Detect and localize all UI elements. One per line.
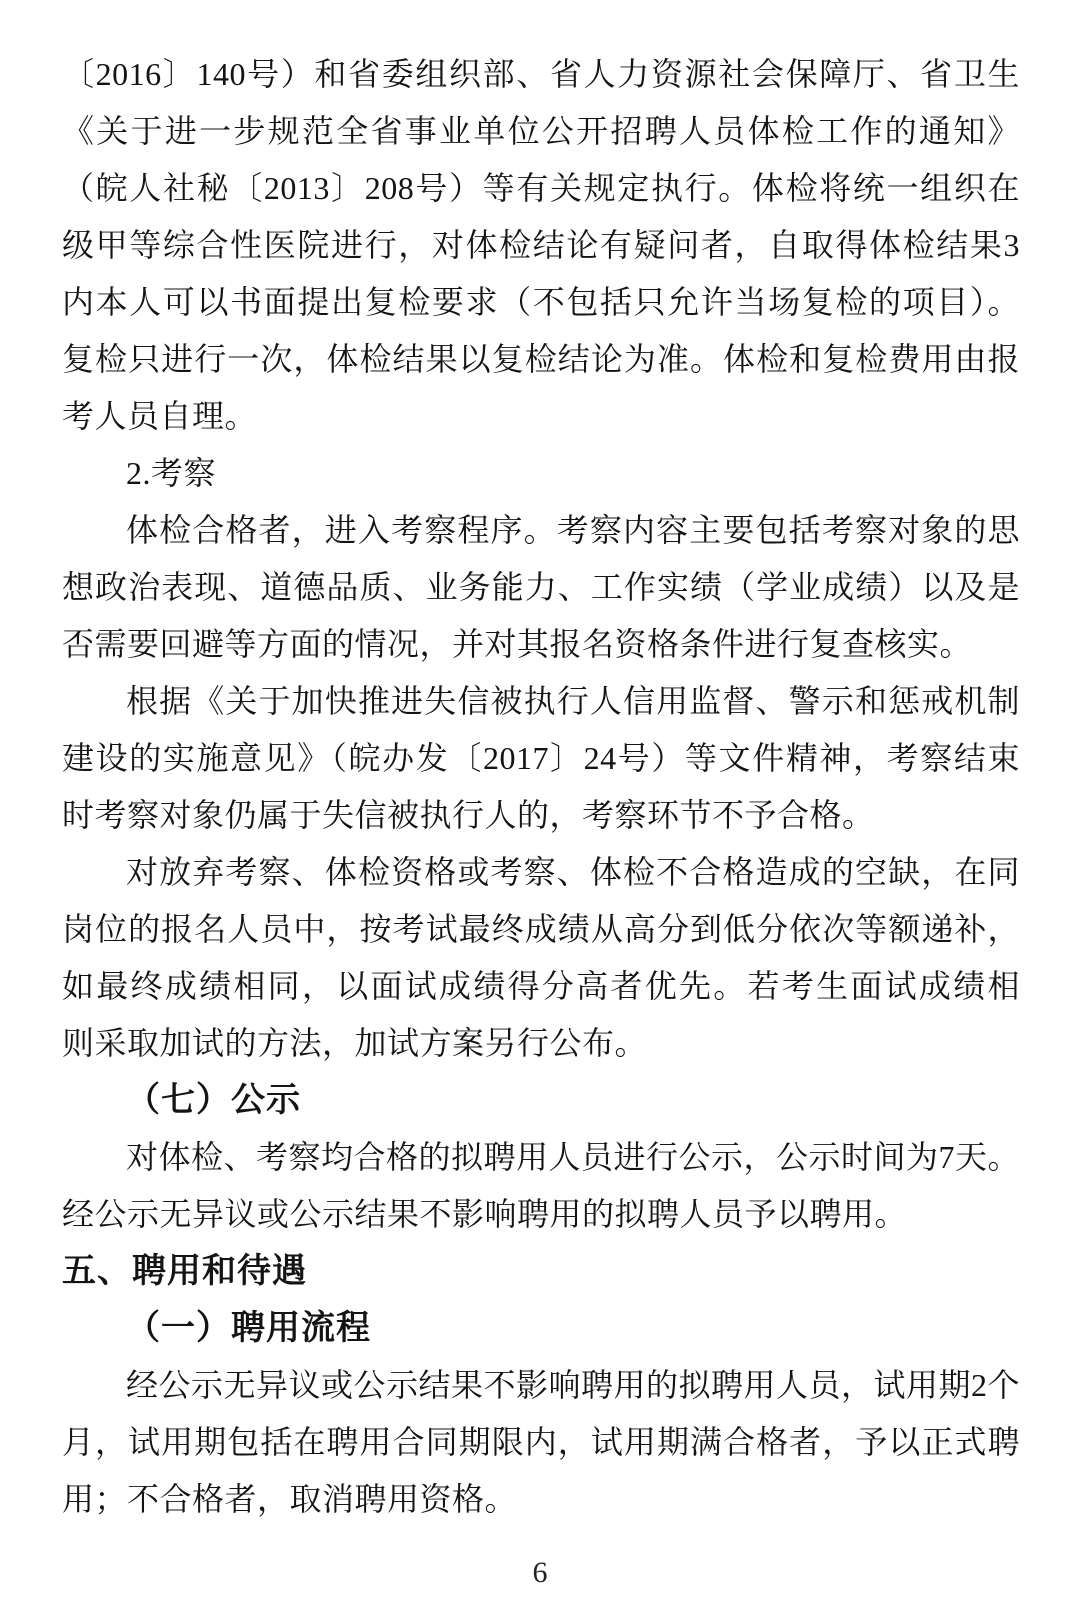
text-line: 经公示无异议或公示结果不影响聘用的拟聘用人员，试用期2个 <box>62 1357 1020 1414</box>
text-line: 内本人可以书面提出复检要求（不包括只允许当场复检的项目）。 <box>62 274 1020 331</box>
text-line: 〔2016〕140号）和省委组织部、省人力资源社会保障厅、省卫生厅 <box>62 46 1020 103</box>
chapter-heading-employment: 五、聘用和待遇 <box>62 1243 1020 1300</box>
section-heading-hiring-process: （一）聘用流程 <box>62 1300 1020 1357</box>
text-line: 如最终成绩相同，以面试成绩得分高者优先。若考生面试成绩相同， <box>62 958 1020 1015</box>
text-line: 级甲等综合性医院进行，对体检结论有疑问者，自取得体检结果3日 <box>62 217 1020 274</box>
text-line: 考人员自理。 <box>62 388 1020 445</box>
text-line: 否需要回避等方面的情况，并对其报名资格条件进行复查核实。 <box>62 616 1020 673</box>
text-line: （皖人社秘〔2013〕208号）等有关规定执行。体检将统一组织在三 <box>62 160 1020 217</box>
text-line: 则采取加试的方法，加试方案另行公布。 <box>62 1015 1020 1072</box>
text-line: 时考察对象仍属于失信被执行人的，考察环节不予合格。 <box>62 787 1020 844</box>
text-line: 《关于进一步规范全省事业单位公开招聘人员体检工作的通知》 <box>62 103 1020 160</box>
text-line: 岗位的报名人员中，按考试最终成绩从高分到低分依次等额递补， <box>62 901 1020 958</box>
list-item-number: 2.考察 <box>62 445 1020 502</box>
text-line: 建设的实施意见》（皖办发〔2017〕24号）等文件精神，考察结束 <box>62 730 1020 787</box>
text-line: 体检合格者，进入考察程序。考察内容主要包括考察对象的思 <box>62 502 1020 559</box>
text-line: 对放弃考察、体检资格或考察、体检不合格造成的空缺，在同 <box>62 844 1020 901</box>
text-line: 根据《关于加快推进失信被执行人信用监督、警示和惩戒机制 <box>62 673 1020 730</box>
text-line: 对体检、考察均合格的拟聘用人员进行公示，公示时间为7天。 <box>62 1129 1020 1186</box>
text-line: 想政治表现、道德品质、业务能力、工作实绩（学业成绩）以及是 <box>62 559 1020 616</box>
section-heading-publicity: （七）公示 <box>62 1072 1020 1129</box>
document-page: 〔2016〕140号）和省委组织部、省人力资源社会保障厅、省卫生厅 《关于进一步… <box>62 46 1020 1528</box>
page-number: 6 <box>0 1556 1080 1590</box>
text-line: 复检只进行一次，体检结果以复检结论为准。体检和复检费用由报 <box>62 331 1020 388</box>
text-line: 经公示无异议或公示结果不影响聘用的拟聘人员予以聘用。 <box>62 1186 1020 1243</box>
text-line: 用；不合格者，取消聘用资格。 <box>62 1471 1020 1528</box>
text-line: 月，试用期包括在聘用合同期限内，试用期满合格者，予以正式聘 <box>62 1414 1020 1471</box>
